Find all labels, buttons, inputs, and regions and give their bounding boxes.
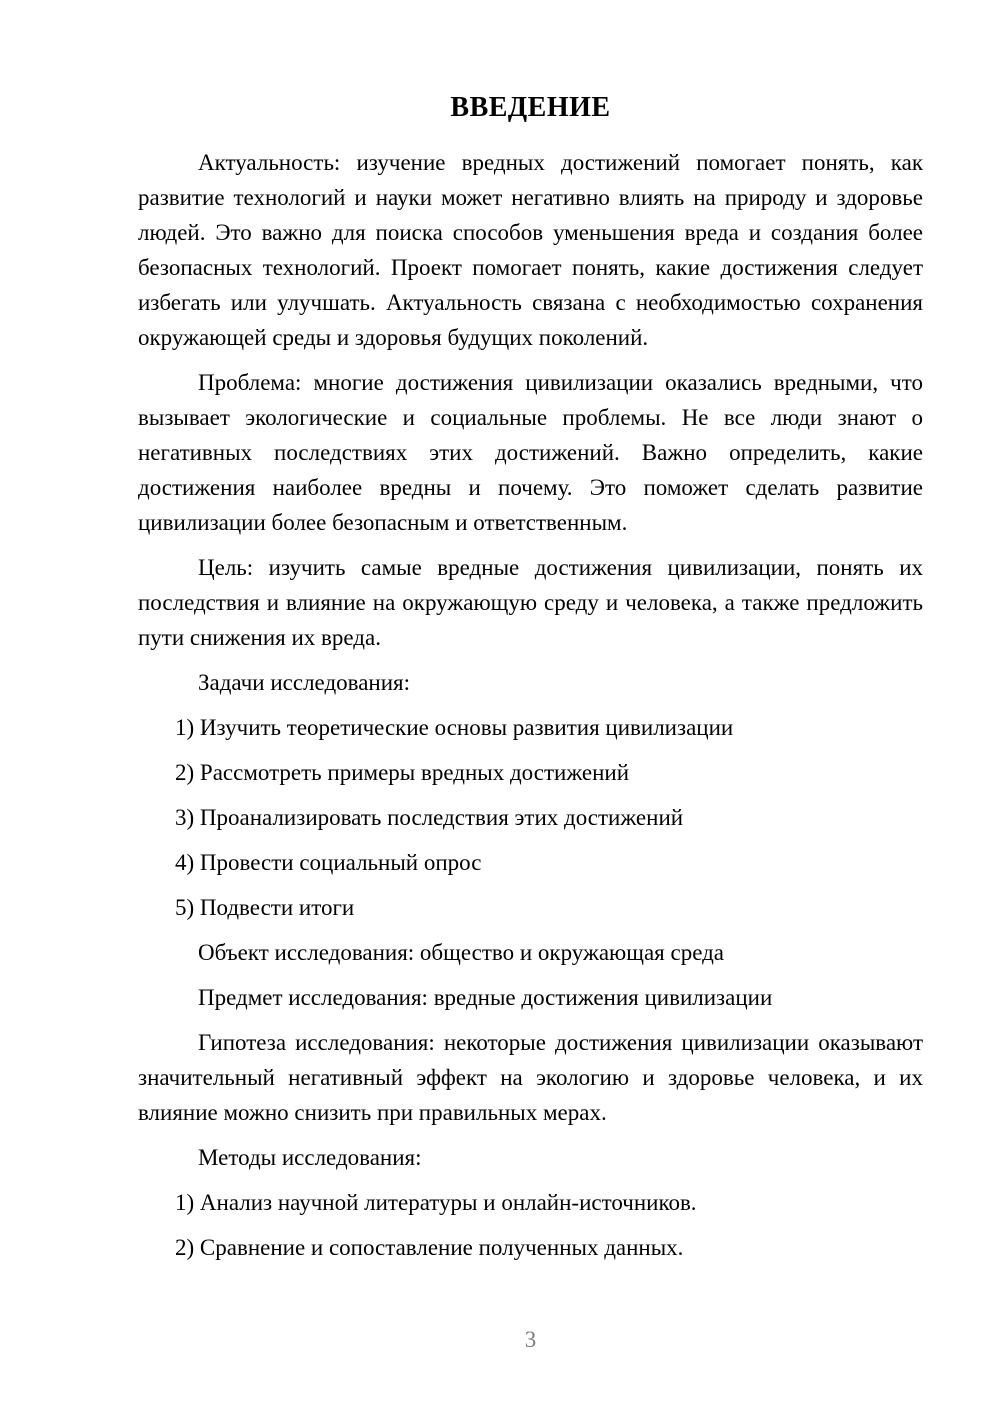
method-list-item-2: 2) Сравнение и сопоставление полученных … xyxy=(175,1230,923,1265)
task-list-item-3: 3) Проанализировать последствия этих дос… xyxy=(175,800,923,835)
text-block: ВВЕДЕНИЕ Актуальность: изучение вредных … xyxy=(138,92,923,1275)
task-list-item-4: 4) Провести социальный опрос xyxy=(175,845,923,880)
method-list-item-1: 1) Анализ научной литературы и онлайн-ис… xyxy=(175,1185,923,1220)
task-list-item-1: 1) Изучить теоретические основы развития… xyxy=(175,710,923,745)
paragraph-hypothesis: Гипотеза исследования: некоторые достиже… xyxy=(138,1025,923,1130)
page-number: 3 xyxy=(138,1322,923,1357)
paragraph-goal: Цель: изучить самые вредные достижения ц… xyxy=(138,550,923,655)
paragraph-subject: Предмет исследования: вредные достижения… xyxy=(138,980,923,1015)
task-list-item-5: 5) Подвести итоги xyxy=(175,890,923,925)
section-title: ВВЕДЕНИЕ xyxy=(138,92,923,124)
paragraph-relevance: Актуальность: изучение вредных достижени… xyxy=(138,145,923,355)
tasks-heading: Задачи исследования: xyxy=(138,665,923,700)
methods-heading: Методы исследования: xyxy=(138,1140,923,1175)
paragraph-object: Объект исследования: общество и окружающ… xyxy=(138,935,923,970)
task-list-item-2: 2) Рассмотреть примеры вредных достижени… xyxy=(175,755,923,790)
paragraph-problem: Проблема: многие достижения цивилизации … xyxy=(138,365,923,540)
document-page: ВВЕДЕНИЕ Актуальность: изучение вредных … xyxy=(0,0,1000,1414)
